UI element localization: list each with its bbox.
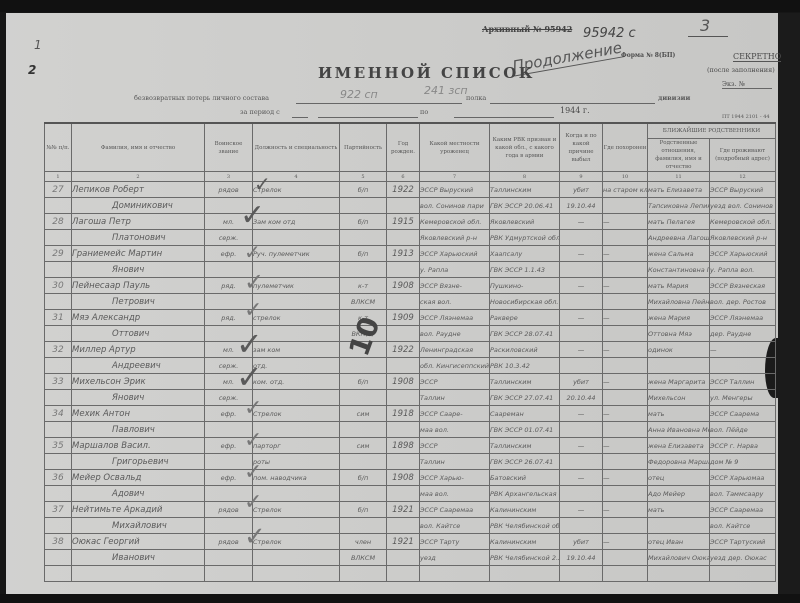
position: стрелок: [253, 310, 340, 326]
loss-info-line2: [560, 358, 603, 374]
period-label: за период с: [240, 108, 280, 116]
party: б/п: [340, 502, 387, 518]
table-row: 37Нейтимьте АркадийрядовСтрелокб/п1921ЭС…: [45, 502, 776, 518]
row-number: 29: [45, 246, 72, 262]
party-line2: [340, 454, 387, 470]
loss-info: —: [560, 438, 603, 454]
row-number-line2: [45, 550, 72, 566]
birth-year-line2: [387, 262, 420, 278]
burial-place: —: [603, 534, 648, 550]
burial-place-line2: [603, 486, 648, 502]
relative-address-line2: вол. Кайтсе: [710, 518, 776, 534]
full-name-line2: Оттович: [72, 326, 205, 342]
col-header-10: Где похоронен: [603, 123, 648, 172]
loss-info: —: [560, 214, 603, 230]
check-mark-36: ✓: [244, 460, 262, 485]
period-day-line: [292, 117, 308, 118]
col-num-10: 10: [603, 172, 648, 182]
check-mark-29: ✓: [244, 240, 261, 264]
relative-name: жена Сальма: [648, 246, 710, 262]
losses-table: №№ п/п. Фамилия, имя и отчество Воинское…: [44, 122, 776, 582]
relative-address: ЭССР Сааремаа: [710, 502, 776, 518]
row-number-line2: [45, 198, 72, 214]
relative-name: мать Елизавета: [648, 182, 710, 198]
burial-place: —: [603, 502, 648, 518]
burial-place-line2: [603, 550, 648, 566]
birthplace: ЭССР Вязне-: [420, 278, 490, 294]
position-line2: [253, 422, 340, 438]
burial-place-line2: [603, 358, 648, 374]
col-num-2: 2: [72, 172, 205, 182]
row-number: 30: [45, 278, 72, 294]
relative-name-line2: Федоровна Маршалова: [648, 454, 710, 470]
party: сим: [340, 438, 387, 454]
col-header-9: Когда и по какой причине выбыл: [560, 123, 603, 172]
position: Стрелок: [253, 502, 340, 518]
table-row: 35Маршалов Васил.ефр.парторгсим1898ЭССРТ…: [45, 438, 776, 454]
relative-name: жена Маргарита: [648, 374, 710, 390]
relative-address: ЭССР Вязнеская: [710, 278, 776, 294]
relative-name-line2: Тапсиковна Лепиков: [648, 198, 710, 214]
draft-office: Саареман: [490, 406, 560, 422]
party: к-т: [340, 278, 387, 294]
draft-office: Пушкино-: [490, 278, 560, 294]
birthplace: ЭССР Харью-: [420, 470, 490, 486]
row-number: 32: [45, 342, 72, 358]
relative-name: жена Мария: [648, 310, 710, 326]
sheet-number: 3: [700, 16, 710, 35]
party-line2: [340, 390, 387, 406]
relative-address: ЭССР Харьюмаа: [710, 470, 776, 486]
draft-office-line2: РВК Удмуртской обл.: [490, 230, 560, 246]
draft-office: Калининским: [490, 502, 560, 518]
subtitle-losses: безвозвратных потерь личного состава: [134, 94, 269, 102]
full-name-line2: Петрович: [72, 294, 205, 310]
group-header-relatives: БЛИЖАЙШИЕ РОДСТВЕННИКИ: [648, 123, 776, 139]
full-name-line2: Доминикович: [72, 198, 205, 214]
party-line2: ВЛКСМ: [340, 550, 387, 566]
position-line2: [253, 326, 340, 342]
full-name-line2: Платонович: [72, 230, 205, 246]
burial-place: на старом кладбище: [603, 182, 648, 198]
relative-address-line2: у. Рапла вол.: [710, 262, 776, 278]
loss-info-line2: [560, 486, 603, 502]
burial-place-line2: [603, 198, 648, 214]
secret-label: СЕКРЕТНО: [733, 52, 781, 62]
col-num-8: 8: [490, 172, 560, 182]
full-name-line2: Янович: [72, 262, 205, 278]
relative-address-line2: Яковлевский р-н: [710, 230, 776, 246]
party: б/п: [340, 374, 387, 390]
draft-office: Таллинским: [490, 438, 560, 454]
full-name: Маршалов Васил.: [72, 438, 205, 454]
archive-stamp: Архивный № 95942: [482, 24, 572, 34]
row-number: 34: [45, 406, 72, 422]
birth-year-line2: [387, 550, 420, 566]
col-header-1: №№ п/п.: [45, 123, 72, 172]
full-name-line2: Иванович: [72, 550, 205, 566]
form-label: Форма № 8(БП): [621, 52, 675, 59]
loss-info-line2: 19.10.44: [560, 550, 603, 566]
burial-place-line2: [603, 422, 648, 438]
draft-office-line2: ГВК ЭССР 1.1.43: [490, 262, 560, 278]
table-row: Яновичу. РаплаГВК ЭССР 1.1.43Константино…: [45, 262, 776, 278]
full-name: Лепиков Роберт: [72, 182, 205, 198]
loss-info: —: [560, 246, 603, 262]
division-label: дивизии: [658, 94, 690, 102]
relative-address: ЭССР Выруский: [710, 182, 776, 198]
relative-address: —: [710, 342, 776, 358]
burial-place-line2: [603, 390, 648, 406]
check-mark-38: ✓: [244, 522, 266, 552]
table-row: Михайловичвол. КайтсеРВК Челябинской обл…: [45, 518, 776, 534]
relative-name-line2: Константиновна Граниемейс: [648, 262, 710, 278]
scan-bottom-border: [0, 594, 800, 603]
table-row: 31Мяэ Александрряд.стрелокк-т1909ЭССР Ля…: [45, 310, 776, 326]
full-name: Оюкас Георгий: [72, 534, 205, 550]
loss-info: —: [560, 310, 603, 326]
full-name: Мяэ Александр: [72, 310, 205, 326]
col-header-8: Каким РВК призван и какой обл., с какого…: [490, 123, 560, 172]
relative-name: отец: [648, 470, 710, 486]
table-row: 34Мехик Антонефр.Стрелоксим1918ЭССР Саар…: [45, 406, 776, 422]
birthplace-line2: вол. Сонинов пари: [420, 198, 490, 214]
table-row: 28Лагоша Петрмл.Зам ком отдб/п1915Кемеро…: [45, 214, 776, 230]
birthplace-line2: Таллин: [420, 454, 490, 470]
table-row: 33Михельсон Эрикмл.ком. отд.б/п1908ЭССРТ…: [45, 374, 776, 390]
burial-place-line2: [603, 454, 648, 470]
party-line2: [340, 358, 387, 374]
relative-address: ЭССР г. Нарва: [710, 438, 776, 454]
col-num-1: 1: [45, 172, 72, 182]
secret-subtitle: (после заполнения): [707, 66, 775, 74]
draft-office: Яковлевский: [490, 214, 560, 230]
relative-address: ЭССР Тартуский: [710, 534, 776, 550]
row-number: 37: [45, 502, 72, 518]
position-line2: отд.: [253, 358, 340, 374]
burial-place: —: [603, 470, 648, 486]
position-line2: [253, 262, 340, 278]
party-line2: [340, 518, 387, 534]
check-mark-35: ✓: [244, 428, 262, 453]
copy-number-label: Экз. №: [722, 80, 772, 89]
burial-place: —: [603, 246, 648, 262]
position: Руч. пулеметчик: [253, 246, 340, 262]
birth-year: 1913: [387, 246, 420, 262]
birth-year-line2: [387, 518, 420, 534]
empty-row: [45, 566, 776, 582]
row-number-line2: [45, 326, 72, 342]
relative-address-line2: [710, 358, 776, 374]
loss-info-line2: [560, 294, 603, 310]
loss-info-line2: [560, 454, 603, 470]
military-rank: рядов: [205, 182, 253, 198]
burial-place-line2: [603, 518, 648, 534]
burial-place: —: [603, 438, 648, 454]
relative-name: отец Иван: [648, 534, 710, 550]
unit-handwritten-2: 241 зсп: [424, 84, 468, 97]
birth-year-line2: [387, 358, 420, 374]
relative-address-line2: дом № 9: [710, 454, 776, 470]
position-line2: [253, 198, 340, 214]
birth-year: 1922: [387, 182, 420, 198]
table-row: ИвановичВЛКСМуездРВК Челябинской 2.3.421…: [45, 550, 776, 566]
birthplace: ЭССР Харьюский: [420, 246, 490, 262]
birthplace: ЭССР Сааре-: [420, 406, 490, 422]
period-month-line: [318, 117, 418, 118]
birth-year-line2: [387, 390, 420, 406]
full-name-line2: Янович: [72, 390, 205, 406]
relative-address-line2: вол. Пёйде: [710, 422, 776, 438]
relative-address: Кемеровской обл.: [710, 214, 776, 230]
check-mark-28: ✓: [240, 198, 265, 233]
position: пулеметчик: [253, 278, 340, 294]
margin-mark-1: 1: [34, 38, 42, 52]
relative-name-line2: Михайлович Оюкас: [648, 550, 710, 566]
col-num-5: 5: [340, 172, 387, 182]
relative-name: одинок: [648, 342, 710, 358]
table-row: ПетровичВЛКСМская вол.Новосибирская обл.…: [45, 294, 776, 310]
relative-name: мать Пелагея: [648, 214, 710, 230]
position-line2: роты: [253, 454, 340, 470]
year-label: 1944 г.: [560, 106, 590, 115]
col-num-12: 12: [710, 172, 776, 182]
draft-office-line2: ГВК ЭССР 26.07.41: [490, 454, 560, 470]
full-name: Михельсон Эрик: [72, 374, 205, 390]
unit-handwritten-1: 922 сп: [340, 88, 378, 101]
col-num-9: 9: [560, 172, 603, 182]
birthplace: ЭССР Тарту: [420, 534, 490, 550]
birth-year-line2: [387, 198, 420, 214]
relative-name-line2: Оттовна Мяэ: [648, 326, 710, 342]
party: сим: [340, 406, 387, 422]
margin-mark-2: 2: [28, 63, 36, 77]
col-num-11: 11: [648, 172, 710, 182]
table-row: Доминиковичвол. Сонинов париГВК ЭССР 20.…: [45, 198, 776, 214]
full-name: Мейер Освальд: [72, 470, 205, 486]
birthplace-line2: Таллин: [420, 390, 490, 406]
full-name: Миллер Артур: [72, 342, 205, 358]
col-header-11: Родственные отношения, фамилия, имя и от…: [648, 139, 710, 172]
relative-address-line2: уезд дер. Оюкас: [710, 550, 776, 566]
draft-office: Раскиловский: [490, 342, 560, 358]
position-line2: [253, 230, 340, 246]
party-line2: ВЛКСМ: [340, 294, 387, 310]
party: член: [340, 534, 387, 550]
birthplace-line2: вол. Кайтсе: [420, 518, 490, 534]
birthplace-line2: маа вол.: [420, 422, 490, 438]
draft-office-line2: РВК Челябинской обл. 12.03.42: [490, 518, 560, 534]
loss-info-line2: 19.10.44: [560, 198, 603, 214]
full-name: Лагоша Петр: [72, 214, 205, 230]
birth-year-line2: [387, 326, 420, 342]
relative-name-line2: Михайловна Пейнесаар: [648, 294, 710, 310]
birthplace-line2: обл. Кингисеппский: [420, 358, 490, 374]
draft-office: Хаапсалу: [490, 246, 560, 262]
relative-name-line2: [648, 358, 710, 374]
column-number-row: 1 2 3 4 5 6 7 8 9 10 11 12: [45, 172, 776, 182]
burial-place: —: [603, 342, 648, 358]
loss-info: убит: [560, 374, 603, 390]
loss-info: убит: [560, 534, 603, 550]
loss-info-line2: [560, 422, 603, 438]
loss-info: —: [560, 278, 603, 294]
birth-year-line2: [387, 230, 420, 246]
loss-info: —: [560, 470, 603, 486]
birth-year: 1922: [387, 342, 420, 358]
position: Стрелок: [253, 406, 340, 422]
birthplace: ЭССР Сааремаа: [420, 502, 490, 518]
birthplace: Кемеровской обл.: [420, 214, 490, 230]
birthplace-line2: Яковлевский р-н: [420, 230, 490, 246]
full-name-line2: Адович: [72, 486, 205, 502]
check-mark-27: ✓: [254, 172, 271, 196]
col-header-6: Год рожден.: [387, 123, 420, 172]
loss-info-line2: [560, 262, 603, 278]
burial-place: —: [603, 310, 648, 326]
table-row: 27Лепиков РобертрядовСтрелокб/п1922ЭССР …: [45, 182, 776, 198]
position-line2: [253, 486, 340, 502]
polk-label: полка: [466, 94, 486, 102]
birth-year-line2: [387, 454, 420, 470]
scan-top-border: [0, 0, 800, 12]
row-number: 28: [45, 214, 72, 230]
draft-office: Калининским: [490, 534, 560, 550]
position: парторг: [253, 438, 340, 454]
relative-name: мать: [648, 502, 710, 518]
table-row: 36Мейер Освальдефр.пом. наводчикаб/п1908…: [45, 470, 776, 486]
table-row: ГригорьевичротыТаллинГВК ЭССР 26.07.41Фе…: [45, 454, 776, 470]
party-line2: [340, 230, 387, 246]
draft-office: Таллинским: [490, 374, 560, 390]
table-row: 38Оюкас ГеоргийрядовСтрелокчлен1921ЭССР …: [45, 534, 776, 550]
division-line: [490, 103, 655, 104]
row-number: 27: [45, 182, 72, 198]
loss-info-line2: [560, 230, 603, 246]
relative-name-line2: Адо Мейер: [648, 486, 710, 502]
table-body: 27Лепиков РобертрядовСтрелокб/п1922ЭССР …: [45, 182, 776, 566]
table-row: Павловичмаа вол.ГВК ЭССР 01.07.41Анна Ив…: [45, 422, 776, 438]
table-row: 29Граниемейс Мартинефр.Руч. пулеметчикб/…: [45, 246, 776, 262]
check-mark-33: ✓: [236, 358, 263, 396]
row-number-line2: [45, 230, 72, 246]
birthplace: ЭССР: [420, 438, 490, 454]
print-code: ПТ 1944 2101 - 44: [722, 114, 770, 120]
birth-year: 1909: [387, 310, 420, 326]
draft-office-line2: ГВК ЭССР 27.07.41: [490, 390, 560, 406]
party: б/п: [340, 182, 387, 198]
birth-year: 1921: [387, 502, 420, 518]
row-number-line2: [45, 518, 72, 534]
relative-address: ЭССР Саарема: [710, 406, 776, 422]
relative-name: мать: [648, 406, 710, 422]
archive-number-handwritten: 95942 с: [583, 26, 636, 41]
burial-place: —: [603, 374, 648, 390]
party-line2: [340, 262, 387, 278]
period-to-line: [454, 117, 554, 118]
col-header-4: Должность и специальность: [253, 123, 340, 172]
position: зам ком: [253, 342, 340, 358]
scan-right-border: [778, 13, 800, 603]
col-header-3: Воинское звание: [205, 123, 253, 172]
col-num-7: 7: [420, 172, 490, 182]
draft-office-line2: РВК Архангельская обл. 1942: [490, 486, 560, 502]
col-num-6: 6: [387, 172, 420, 182]
sheet-number-underline: [688, 36, 728, 37]
col-header-12: Где проживают (подробный адрес): [710, 139, 776, 172]
page-title: ИМЕННОЙ СПИСОК: [318, 64, 535, 82]
full-name-line2: Павлович: [72, 422, 205, 438]
relative-address: ЭССР Таллин: [710, 374, 776, 390]
check-mark-30: ✓: [244, 268, 264, 296]
birth-year: 1908: [387, 470, 420, 486]
check-mark-34: ✓: [244, 396, 262, 421]
table-row: ОттовичВКП(б)вол. РауднеГВК ЭССР 28.07.4…: [45, 326, 776, 342]
draft-office: Таллинским: [490, 182, 560, 198]
draft-office-line2: Новосибирская обл. 29.03.43: [490, 294, 560, 310]
relative-name: жена Елизавета: [648, 438, 710, 454]
position-line2: [253, 390, 340, 406]
loss-info-line2: [560, 518, 603, 534]
relative-address-line2: ул. Менгеры: [710, 390, 776, 406]
row-number-line2: [45, 486, 72, 502]
row-number: 35: [45, 438, 72, 454]
unit-line: [296, 103, 462, 104]
col-header-5: Партийность: [340, 123, 387, 172]
row-number: 36: [45, 470, 72, 486]
loss-info: —: [560, 406, 603, 422]
check-mark-31: ✓: [244, 298, 262, 323]
col-header-7: Какой местности уроженец: [420, 123, 490, 172]
relative-address: ЭССР Харьюский: [710, 246, 776, 262]
full-name: Мехик Антон: [72, 406, 205, 422]
table-row: Яновичсерж.ТаллинГВК ЭССР 27.07.4120.10.…: [45, 390, 776, 406]
check-mark-37: ✓: [244, 490, 262, 515]
burial-place-line2: [603, 294, 648, 310]
row-number-line2: [45, 262, 72, 278]
position: ком. отд.: [253, 374, 340, 390]
relative-name: мать Мария: [648, 278, 710, 294]
position-line2: [253, 294, 340, 310]
table-row: Андреевичсерж.отд.обл. КингисеппскийРВК …: [45, 358, 776, 374]
table-row: Платоновичсерж.Яковлевский р-нРВК Удмурт…: [45, 230, 776, 246]
full-name: Пейнесаар Пауль: [72, 278, 205, 294]
position: пом. наводчика: [253, 470, 340, 486]
burial-place: —: [603, 214, 648, 230]
relative-address-line2: дер. Раудне: [710, 326, 776, 342]
birthplace-line2: маа вол.: [420, 486, 490, 502]
table-row: 32Миллер Артурмл.зам ком1922Ленинградска…: [45, 342, 776, 358]
birthplace: ЭССР Ляэнемаа: [420, 310, 490, 326]
full-name-line2: Андреевич: [72, 358, 205, 374]
party: б/п: [340, 470, 387, 486]
row-number: 33: [45, 374, 72, 390]
table-row: Адовичмаа вол.РВК Архангельская обл. 194…: [45, 486, 776, 502]
table-row: 30Пейнесаар Паульряд.пулеметчикк-т1908ЭС…: [45, 278, 776, 294]
relative-name-line2: Михельсон: [648, 390, 710, 406]
draft-office-line2: РВК Челябинской 2.3.42: [490, 550, 560, 566]
burial-place: —: [603, 406, 648, 422]
birth-year: 1898: [387, 438, 420, 454]
birth-year: 1921: [387, 534, 420, 550]
loss-info-line2: 20.10.44: [560, 390, 603, 406]
full-name-line2: Григорьевич: [72, 454, 205, 470]
position: Зам ком отд: [253, 214, 340, 230]
draft-office: Батовский: [490, 470, 560, 486]
loss-info: —: [560, 502, 603, 518]
birth-year-line2: [387, 486, 420, 502]
party: б/п: [340, 214, 387, 230]
